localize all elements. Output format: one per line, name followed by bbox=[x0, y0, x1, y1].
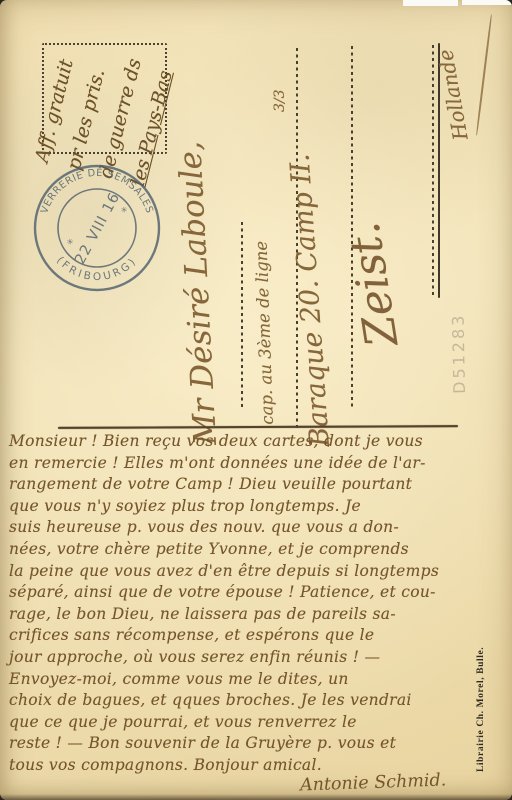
message-line: choix de bagues, et qques broches. Je le… bbox=[9, 690, 509, 712]
message-line: séparé, ainsi que de votre épouse ! Pati… bbox=[9, 582, 509, 604]
message-line: nées, votre chère petite Yvonne, et je c… bbox=[9, 539, 509, 561]
address-unit: cap. au 3ème de ligne bbox=[246, 95, 277, 425]
postmark-date: 22 VIII 16 bbox=[72, 190, 123, 267]
message-line: la peine que vous avez d'en être depuis … bbox=[9, 561, 509, 583]
svg-text:VERRERIE DE SEMSALES: VERRERIE DE SEMSALES bbox=[39, 168, 155, 215]
address-city: Zeist. bbox=[320, 105, 408, 350]
message-line: rage, le bon Dieu, ne laissera pas de pa… bbox=[9, 604, 509, 626]
pencil-inventory-code: D51283 bbox=[448, 274, 469, 394]
signature: Antonie Schmid. bbox=[300, 770, 447, 795]
message-line: suis heureuse p. vous des nouv. que vous… bbox=[9, 517, 509, 539]
message-line: rangement de votre Camp ! Dieu veuille p… bbox=[9, 474, 509, 496]
address-guide-line bbox=[432, 45, 434, 298]
message-line: que vous n'y soyiez plus trop longtemps.… bbox=[9, 496, 509, 518]
divider-line bbox=[58, 425, 458, 429]
postmark-town-text: VERRERIE DE SEMSALES bbox=[39, 168, 155, 215]
message-line: reste ! — Bon souvenir de la Gruyère p. … bbox=[9, 733, 509, 755]
address-barracks: Baraque 20. Camp II. bbox=[275, 17, 336, 448]
postmark-canton-text: (FRIBOURG) bbox=[54, 254, 140, 283]
message-line: Monsieur ! Bien reçu vos deux cartes, do… bbox=[9, 431, 509, 453]
message-line: Envoyez-moi, comme vous me le dites, un bbox=[9, 669, 509, 691]
message-line: crifices sans récompense, et espérons qu… bbox=[9, 625, 509, 647]
country-underline-stroke bbox=[476, 14, 493, 135]
message-line: en remercie ! Elles m'ont données une id… bbox=[9, 453, 509, 475]
address-name: Mr Désiré Laboule, bbox=[166, 25, 224, 446]
message-line: que ce que je pourrai, et vous renverrez… bbox=[9, 712, 509, 734]
message-line: jour approche, où vous serez enfin réuni… bbox=[9, 647, 509, 669]
postmark-ornament-icon: ✳ bbox=[65, 237, 76, 247]
scan-edge-shadow bbox=[0, 794, 512, 800]
address-guide-line bbox=[241, 222, 243, 410]
scan-edge-notch bbox=[462, 0, 512, 5]
postcard-back: Aff. gratuit pr les pris. de guerre ds l… bbox=[0, 0, 512, 800]
scan-edge-notch bbox=[403, 0, 458, 6]
message-body: Monsieur ! Bien reçu vos deux cartes, do… bbox=[9, 431, 509, 777]
svg-text:(FRIBOURG): (FRIBOURG) bbox=[54, 254, 140, 283]
postmark-stamp: VERRERIE DE SEMSALES (FRIBOURG) 22 VIII … bbox=[31, 162, 163, 294]
